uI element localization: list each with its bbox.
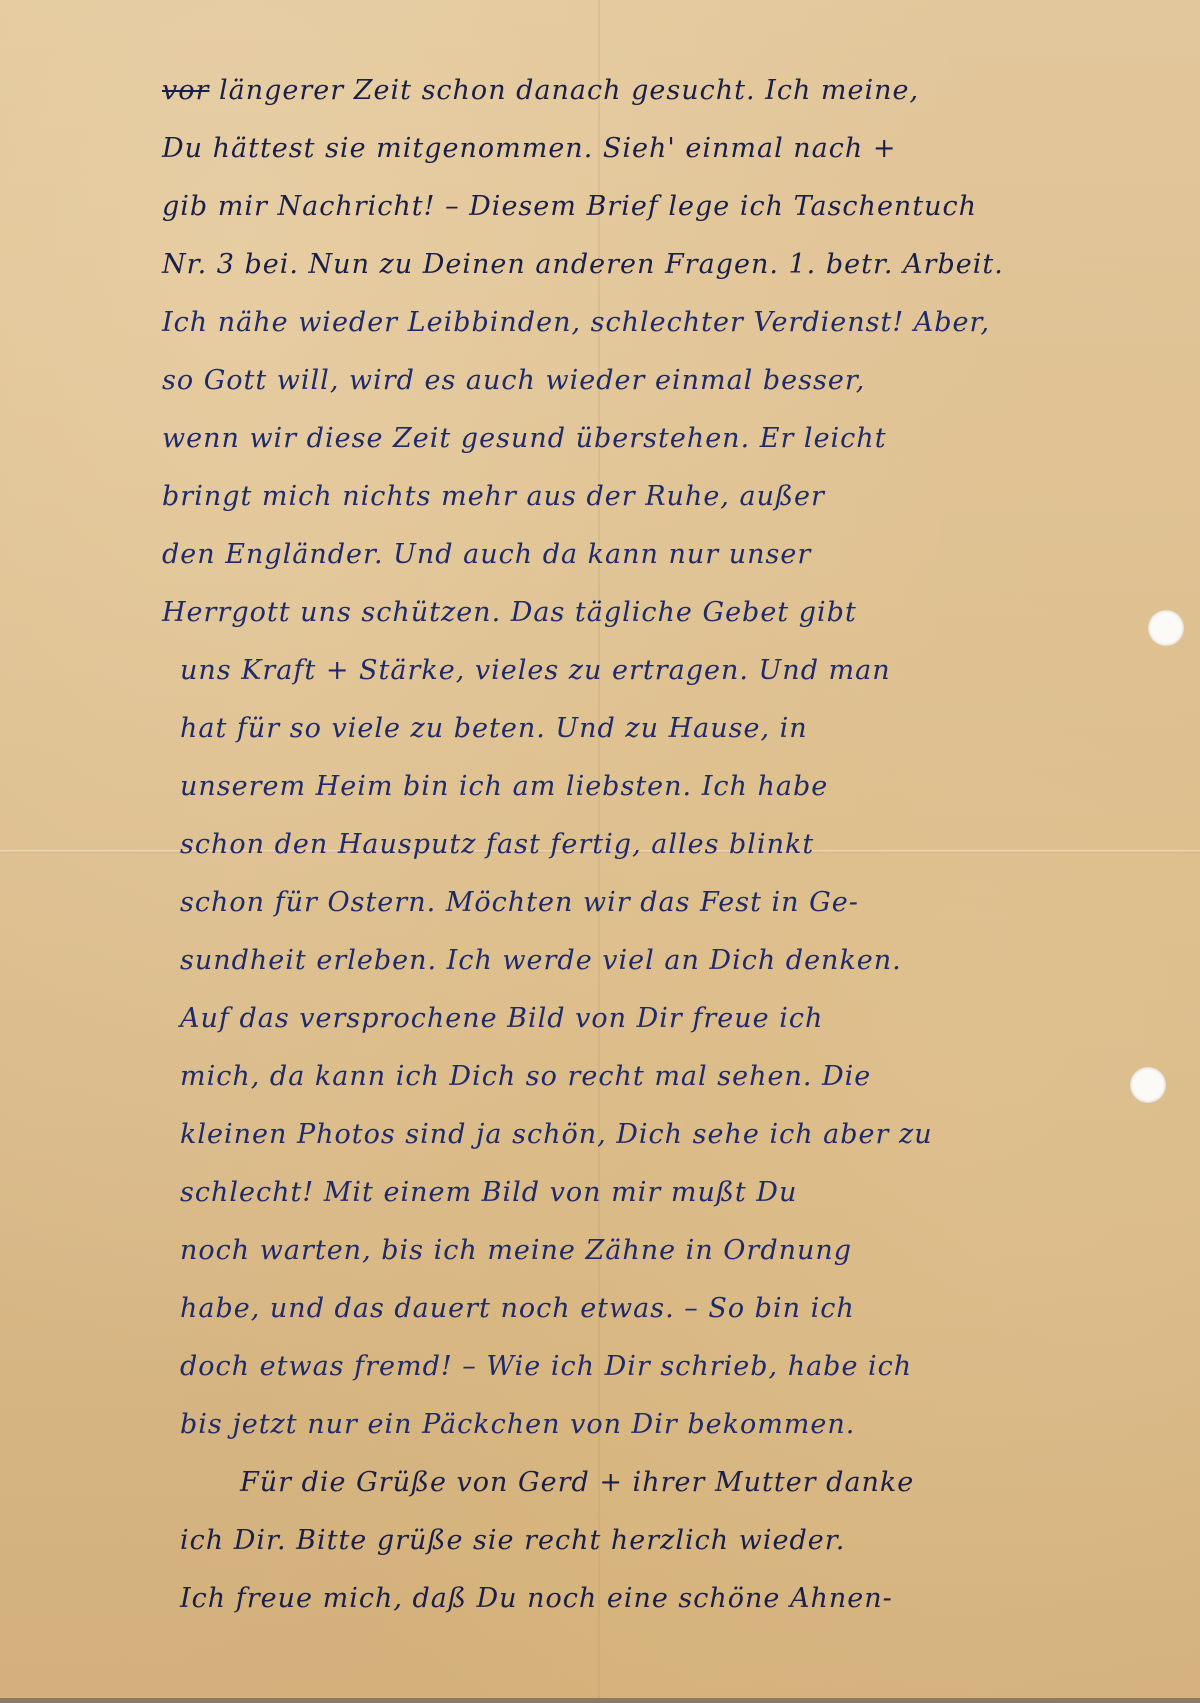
letter-line-17: Auf das versprochene Bild von Dir freue … <box>150 990 1160 1048</box>
letter-line-7: wenn wir diese Zeit gesund überstehen. E… <box>150 410 1160 468</box>
letter-line-2: Du hättest sie mitgenommen. Sieh' einmal… <box>150 120 1160 178</box>
letter-line-3: gib mir Nachricht! – Diesem Brief lege i… <box>150 178 1160 236</box>
scan-bottom-edge <box>0 1698 1200 1703</box>
letter-line-1: vor längerer Zeit schon danach gesucht. … <box>150 62 1160 120</box>
letter-line-4: Nr. 3 bei. Nun zu Deinen anderen Fragen.… <box>150 236 1160 294</box>
letter-line-22: habe, und das dauert noch etwas. – So bi… <box>150 1280 1160 1338</box>
letter-line-6: so Gott will, wird es auch wieder einmal… <box>150 352 1160 410</box>
letter-line-5: Ich nähe wieder Leibbinden, schlechter V… <box>150 294 1160 352</box>
letter-line-19: kleinen Photos sind ja schön, Dich sehe … <box>150 1106 1160 1164</box>
letter-line-18: mich, da kann ich Dich so recht mal sehe… <box>150 1048 1160 1106</box>
letter-line-15: schon für Ostern. Möchten wir das Fest i… <box>150 874 1160 932</box>
letter-page: vor längerer Zeit schon danach gesucht. … <box>0 0 1200 1703</box>
letter-line-20: schlecht! Mit einem Bild von mir mußt Du <box>150 1164 1160 1222</box>
letter-line-10: Herrgott uns schützen. Das tägliche Gebe… <box>150 584 1160 642</box>
letter-line-27: Ich freue mich, daß Du noch eine schöne … <box>150 1570 1160 1628</box>
letter-line-12: hat für so viele zu beten. Und zu Hause,… <box>150 700 1160 758</box>
handwritten-text-body: vor längerer Zeit schon danach gesucht. … <box>150 62 1160 1628</box>
letter-line-24: bis jetzt nur ein Päckchen von Dir bekom… <box>150 1396 1160 1454</box>
letter-line-11: uns Kraft + Stärke, vieles zu ertragen. … <box>150 642 1160 700</box>
letter-line-8: bringt mich nichts mehr aus der Ruhe, au… <box>150 468 1160 526</box>
letter-line-16: sundheit erleben. Ich werde viel an Dich… <box>150 932 1160 990</box>
letter-line-21: noch warten, bis ich meine Zähne in Ordn… <box>150 1222 1160 1280</box>
letter-line-25: Für die Grüße von Gerd + ihrer Mutter da… <box>150 1454 1160 1512</box>
letter-line-9: den Engländer. Und auch da kann nur unse… <box>150 526 1160 584</box>
letter-line-23: doch etwas fremd! – Wie ich Dir schrieb,… <box>150 1338 1160 1396</box>
struck-word: vor <box>162 75 209 106</box>
letter-line-26: ich Dir. Bitte grüße sie recht herzlich … <box>150 1512 1160 1570</box>
letter-line-14: schon den Hausputz fast fertig, alles bl… <box>150 816 1160 874</box>
letter-line-13: unserem Heim bin ich am liebsten. Ich ha… <box>150 758 1160 816</box>
